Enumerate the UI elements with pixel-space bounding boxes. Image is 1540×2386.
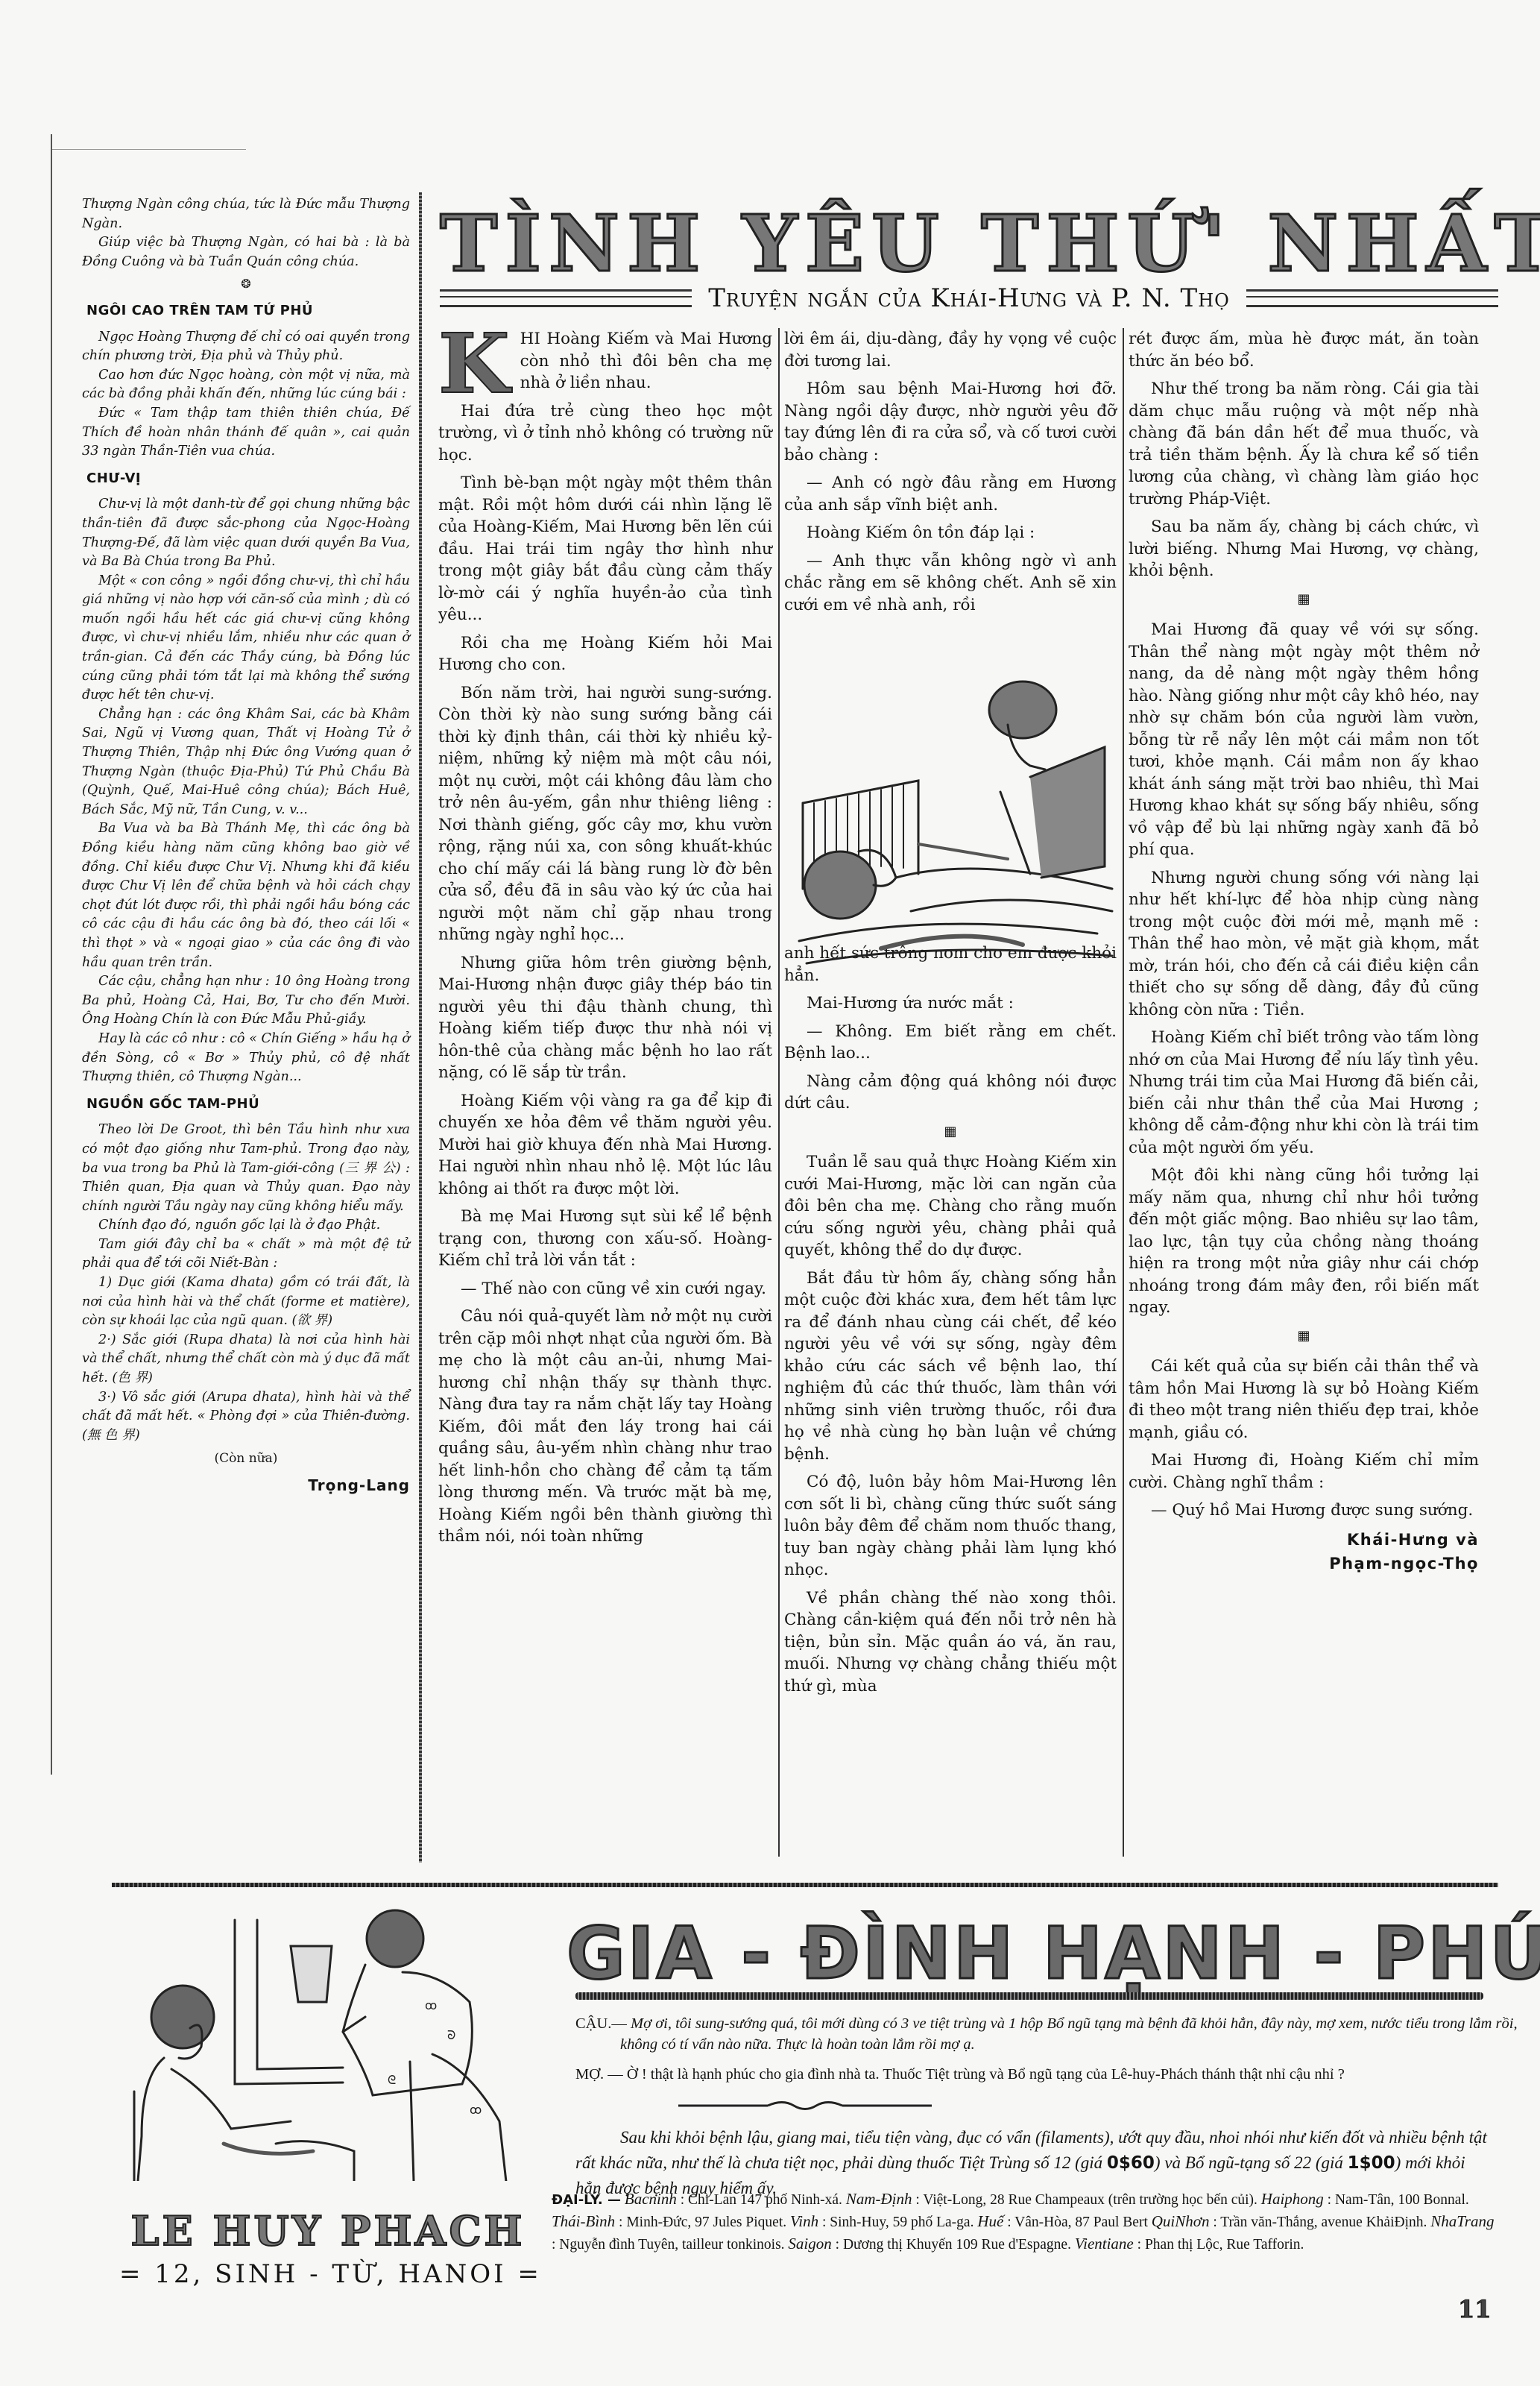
left-article-column: Thượng Ngàn công chúa, tức là Đức mẫu Th… [82, 195, 410, 1496]
story-paragraph: KHI Hoàng Kiếm và Mai Hương còn nhỏ thì … [438, 328, 772, 394]
story-paragraph: Nhưng người chung sống với nàng lại như … [1129, 867, 1479, 1022]
section-heading: NGUỒN GỐC TAM-PHỦ [86, 1095, 410, 1114]
flourish-divider-icon [678, 2099, 932, 2112]
price-bo-ngu-tang: 1$00 [1348, 2153, 1395, 2173]
story-paragraph: Tuần lễ sau quả thực Hoàng Kiếm xin cưới… [784, 1151, 1117, 1262]
story-paragraph: rét được ấm, mùa hè được mát, ăn toàn th… [1129, 328, 1479, 372]
left-intro-paragraph: Thượng Ngàn công chúa, tức là Đức mẫu Th… [82, 195, 410, 233]
story-paragraph: Bà mẹ Mai Hương sụt sùi kể lể bệnh trạng… [438, 1206, 772, 1272]
agent-detail: Phan thị Lộc, Rue Tafforin. [1145, 2237, 1304, 2253]
agent-city: Thái-Bình [552, 2212, 615, 2230]
agent-city: Vinh [790, 2212, 818, 2230]
story-paragraph: Mai Hương đã quay về với sự sống. Thân t… [1129, 619, 1479, 861]
signature-line: Khái-Hưng và [1129, 1528, 1479, 1552]
story-paragraph: Về phần chàng thế nào xong thôi. Chàng c… [784, 1587, 1117, 1698]
story-paragraph: — Thế nào con cũng về xin cưới ngay. [438, 1278, 772, 1300]
story-paragraph: Mai-Hương ứa nước mắt : [784, 992, 1117, 1015]
story-paragraph: Câu nói quả-quyết làm nở một nụ cười trê… [438, 1306, 772, 1548]
agent-detail: Nam-Tân, 100 Bonnal. [1335, 2192, 1469, 2208]
agent-detail: Trần văn-Thắng, avenue KhảiĐịnh. [1220, 2215, 1427, 2230]
story-paragraph: — Quý hồ Mai Hương được sung sướng. [1129, 1499, 1479, 1522]
story-signature: Khái-Hưng và Phạm-ngọc-Thọ [1129, 1528, 1479, 1576]
page-number: 11 [1458, 2295, 1492, 2323]
story-title: TÌNH YÊU THỨ' NHẤT [440, 203, 1498, 285]
section-paragraph: Chẳng hạn : các ông Khâm Sai, các bà Khâ… [82, 705, 410, 820]
story-paragraph: Bắt đầu từ hôm ấy, chàng sống hẳn một cu… [784, 1268, 1117, 1466]
agent-city: QuiNhơn [1152, 2212, 1210, 2230]
section-paragraph: Chư-vị là một danh-từ để gọi chung những… [82, 495, 410, 571]
agent-city: NhaTrang [1430, 2212, 1494, 2230]
agents-label: ĐẠI-LÝ. — [552, 2192, 621, 2208]
drop-cap: K [438, 331, 510, 397]
ornament-icon: ❂ [82, 274, 410, 294]
story-paragraph: Hoàng Kiếm vội vàng ra ga để kịp đi chuy… [438, 1090, 772, 1200]
section-paragraph: Chính đạo đó, nguồn gốc lại là ở đạo Phậ… [82, 1216, 410, 1236]
agent-city: Saigon [788, 2235, 831, 2253]
section-paragraph: Đức « Tam thập tam thiên thiên chúa, Đế … [82, 404, 410, 462]
section-paragraph: Hay là các cô như : cô « Chín Giếng » hầ… [82, 1030, 410, 1087]
agent-detail: Việt-Long, 28 Rue Champeaux (trên trường… [923, 2192, 1257, 2208]
agent-detail: Chi-Lan 147 phố Ninh-xá. [688, 2192, 842, 2208]
story-paragraph: — Anh thực vẫn không ngờ vì anh chắc rằn… [784, 550, 1117, 617]
story-paragraph: Như thế trong ba năm ròng. Cái gia tài d… [1129, 378, 1479, 510]
ornament-icon: ▦ [784, 1121, 1117, 1143]
svg-text:ᘐ: ᘐ [447, 2028, 455, 2042]
column-divider [419, 192, 422, 1863]
section-paragraph: 2·) Sắc giới (Rupa dhata) là nơi của hìn… [82, 1331, 410, 1388]
advertisement-headline: GIA - ĐÌNH HẠNH - PHÚC [567, 1916, 1491, 1991]
page-margin-rule [51, 134, 52, 1775]
story-paragraph: Nhưng giữa hôm trên giường bệnh, Mai-Hươ… [438, 952, 772, 1084]
advertisement-top-rule [112, 1883, 1498, 1887]
section-paragraph: Tam giới đây chỉ ba « chất » mà một đệ t… [82, 1236, 410, 1274]
story-column-1: KHI Hoàng Kiếm và Mai Hương còn nhỏ thì … [438, 328, 772, 1554]
agent-city: Nam-Định [846, 2190, 912, 2208]
advertiser-address: = 12, SINH - TỪ, HANOI = [119, 2259, 537, 2289]
story-paragraph: Hoàng Kiếm ôn tồn đáp lại : [784, 522, 1117, 544]
headline-underline [575, 1992, 1483, 2000]
advertiser-brand: LE HUY PHACH [119, 2207, 537, 2255]
svg-text:ᘓ: ᘓ [388, 2073, 396, 2087]
story-paragraph: — Không. Em biết rằng em chết. Bệnh lao.… [784, 1021, 1117, 1065]
story-paragraph: Mai Hương đi, Hoàng Kiếm chỉ mỉm cười. C… [1129, 1449, 1479, 1493]
bedside-illustration [784, 665, 1117, 986]
dialogue-line: CẬU.— Mợ ơi, tôi sung-sướng quá, tôi mới… [575, 2013, 1537, 2055]
section-heading: NGÔI CAO TRÊN TAM TỨ PHỦ [86, 301, 410, 321]
agent-detail: Nguyễn đình Tuyên, tailleur tonkinois. [559, 2237, 784, 2253]
story-paragraph: Có độ, luôn bảy hôm Mai-Hương lên cơn số… [784, 1471, 1117, 1581]
story-paragraph: Rồi cha mẹ Hoàng Kiếm hỏi Mai Hương cho … [438, 632, 772, 676]
story-paragraph: Bốn năm trời, hai người sung-sướng. Còn … [438, 682, 772, 946]
section-paragraph: Ngọc Hoàng Thượng đế chỉ có oai quyền tr… [82, 328, 410, 366]
ornament-icon: ▦ [1129, 1325, 1479, 1347]
story-paragraph: Nàng cảm động quá không nói được dứt câu… [784, 1071, 1117, 1115]
story-paragraph: — Anh có ngờ đâu rằng em Hương của anh s… [784, 472, 1117, 516]
agent-detail: Sinh-Huy, 59 phố La-ga. [830, 2215, 973, 2230]
agent-detail: Minh-Đức, 97 Jules Piquet. [626, 2215, 786, 2230]
story-column-3: rét được ấm, mùa hè được mát, ăn toàn th… [1129, 328, 1479, 1576]
story-byline: Truyện ngắn của Khái-Hưng và P. N. Thọ [708, 283, 1230, 313]
column-divider [778, 328, 780, 1857]
section-paragraph: Cao hơn đức Ngọc hoàng, còn một vị nữa, … [82, 366, 410, 404]
column-divider [1123, 328, 1124, 1857]
agent-detail: Vân-Hòa, 87 Paul Bert [1014, 2215, 1148, 2230]
page-top-rule [52, 149, 246, 150]
section-paragraph: Các cậu, chẳng hạn như : 10 ông Hoàng tr… [82, 972, 410, 1030]
dialogue-text: Mợ ơi, tôi sung-sướng quá, tôi mới dùng … [620, 2015, 1518, 2053]
dialogue-speaker: MỢ. — [575, 2066, 623, 2083]
signature-line: Phạm-ngọc-Thọ [1129, 1552, 1479, 1576]
agents-list: ĐẠI-LÝ. — Bacninh : Chi-Lan 147 phố Ninh… [552, 2188, 1498, 2256]
story-column-2: lời êm ái, dịu-dàng, đầy hy vọng về cuộc… [784, 328, 1117, 1703]
price-tiet-trung: 0$60 [1107, 2153, 1155, 2173]
section-paragraph: Ba Vua và ba Bà Thánh Mẹ, thì các ông bà… [82, 819, 410, 972]
agent-city: Huế [977, 2212, 1003, 2230]
agent-city: Bacninh [625, 2190, 677, 2208]
agent-detail: Dương thị Khuyến 109 Rue d'Espagne. [843, 2237, 1071, 2253]
section-heading: CHƯ-VỊ [86, 469, 410, 488]
dialogue-text: Ờ ! thật là hạnh phúc cho gia đình nhà t… [627, 2066, 1345, 2083]
section-paragraph: Một « con công » ngồi đồng chư-vị, thì c… [82, 572, 410, 705]
dialogue-speaker: CẬU.— [575, 2015, 627, 2032]
agent-city: Haiphong [1261, 2190, 1324, 2208]
section-paragraph: 1) Dục giới (Kama dhata) gồm có trái đất… [82, 1274, 410, 1331]
left-intro-paragraph: Giúp việc bà Thượng Ngàn, có hai bà : là… [82, 233, 410, 271]
story-byline-row: Truyện ngắn của Khái-Hưng và P. N. Thọ [440, 283, 1498, 313]
story-paragraph: lời êm ái, dịu-dàng, đầy hy vọng về cuộc… [784, 328, 1117, 372]
story-paragraph: Hoàng Kiếm chỉ biết trông vào tấm lòng n… [1129, 1027, 1479, 1159]
decorative-rules [440, 289, 692, 307]
story-paragraph: Sau ba năm ấy, chàng bị cách chức, vì lư… [1129, 516, 1479, 582]
story-paragraph: Cái kết quả của sự biến cải thân thể và … [1129, 1356, 1479, 1444]
section-paragraph: Theo lời De Groot, thì bên Tầu hình như … [82, 1121, 410, 1216]
ornament-icon: ▦ [1129, 588, 1479, 611]
story-paragraph: Hôm sau bệnh Mai-Hương hơi đỡ. Nàng ngồi… [784, 378, 1117, 466]
story-paragraph: Một đôi khi nàng cũng hồi tưởng lại mấy … [1129, 1165, 1479, 1319]
svg-text:ꝏ: ꝏ [425, 1998, 437, 2012]
section-paragraph: 3·) Vô sắc giới (Arupa dhata), hình hài … [82, 1388, 410, 1446]
agent-city: Vientiane [1075, 2235, 1134, 2253]
story-paragraph: Tình bè-bạn một ngày một thêm thân mật. … [438, 472, 772, 626]
decorative-rules [1246, 289, 1498, 307]
svg-text:ꝏ: ꝏ [470, 2103, 482, 2117]
dialogue-line: MỢ. — Ờ ! thật là hạnh phúc cho gia đình… [575, 2064, 1492, 2085]
story-paragraph: Hai đứa trẻ cùng theo học một trường, vì… [438, 400, 772, 467]
article-author: Trọng-Lang [82, 1476, 410, 1496]
advertisement-illustration: ꝏᘐᘓꝏ [119, 1898, 537, 2181]
continued-note: (Còn nữa) [82, 1449, 410, 1469]
